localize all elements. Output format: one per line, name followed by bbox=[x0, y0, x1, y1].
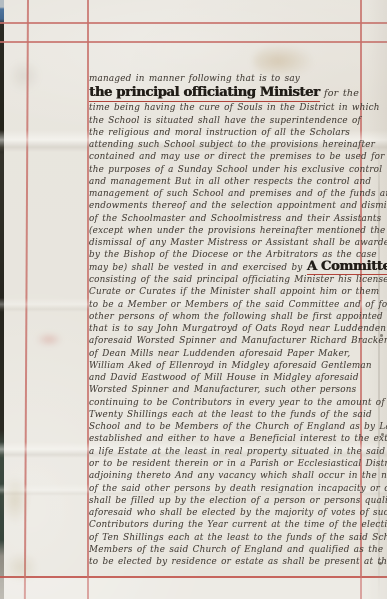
horizontal-rule-top-2 bbox=[0, 41, 387, 43]
manuscript-line: may be) shall be vested in and exercised… bbox=[89, 259, 369, 271]
horizontal-rule-top-1 bbox=[0, 22, 387, 24]
manuscript-line: of the said other persons by death resig… bbox=[89, 480, 369, 492]
manuscript-line: continuing to be Contributors in every y… bbox=[89, 394, 369, 406]
manuscript-line: consisting of the said principal officia… bbox=[89, 271, 369, 283]
paper-stain bbox=[8, 60, 40, 92]
vertical-margin-rule-left-outer bbox=[24, 0, 29, 599]
manuscript-line: Curate or Curates if the Minister shall … bbox=[89, 283, 369, 295]
manuscript-line: William Aked of Ellenroyd in Midgley afo… bbox=[89, 357, 369, 369]
manuscript-text-block: managed in manner following that is to s… bbox=[89, 70, 369, 565]
manuscript-line: Members of the said Church of England an… bbox=[89, 541, 369, 553]
manuscript-line: and David Eastwood of Mill House in Midg… bbox=[89, 369, 369, 381]
handwritten-text: for the bbox=[320, 88, 360, 99]
manuscript-line: the purposes of a Sunday School under hi… bbox=[89, 161, 369, 173]
manuscript-line: Twenty Shillings each at the least to th… bbox=[89, 406, 369, 418]
manuscript-line: the School is situated shall have the su… bbox=[89, 112, 369, 124]
photo-edge-strip bbox=[0, 0, 4, 599]
manuscript-line: to be elected by residence or estate as … bbox=[89, 553, 369, 565]
manuscript-line: Worsted Spinner and Manufacturer, such o… bbox=[89, 381, 369, 393]
manuscript-line: aforesaid Worsted Spinner and Manufactur… bbox=[89, 332, 369, 344]
manuscript-line: managed in manner following that is to s… bbox=[89, 70, 369, 82]
manuscript-line: aforesaid who shall be elected by the ma… bbox=[89, 504, 369, 516]
manuscript-line: Contributors during the Year current at … bbox=[89, 516, 369, 528]
manuscript-line: of Dean Mills near Luddenden aforesaid P… bbox=[89, 345, 369, 357]
handwritten-text: to be elected by residence or estate as … bbox=[89, 557, 387, 567]
manuscript-line: established and either to have a Benefic… bbox=[89, 430, 369, 442]
manuscript-line: a life Estate at the least in real prope… bbox=[89, 443, 369, 455]
manuscript-line: of the Schoolmaster and Schoolmistress a… bbox=[89, 210, 369, 222]
manuscript-line: and management But in all other respects… bbox=[89, 173, 369, 185]
manuscript-line: that is to say John Murgatroyd of Oats R… bbox=[89, 320, 369, 332]
manuscript-line: endowments thereof and the selection app… bbox=[89, 197, 369, 209]
manuscript-line: the principal officiating Minister for t… bbox=[89, 82, 369, 99]
manuscript-line: of Ten Shillings each at the least to th… bbox=[89, 529, 369, 541]
manuscript-line: adjoining thereto And any vacancy which … bbox=[89, 467, 369, 479]
manuscript-line: attending such School subject to the pro… bbox=[89, 136, 369, 148]
manuscript-page: managed in manner following that is to s… bbox=[0, 0, 387, 599]
manuscript-line: contained and may use or direct the prem… bbox=[89, 148, 369, 160]
manuscript-line: or to be resident therein or in a Parish… bbox=[89, 455, 369, 467]
manuscript-line: management of such School and premises a… bbox=[89, 185, 369, 197]
manuscript-line: School and to be Members of the Church o… bbox=[89, 418, 369, 430]
manuscript-line: time being having the cure of Souls in t… bbox=[89, 99, 369, 111]
bottom-margin-area bbox=[0, 578, 387, 599]
manuscript-line: dismissal of any Master Mistress or Assi… bbox=[89, 234, 369, 246]
red-ink-offset-smudge bbox=[36, 333, 62, 346]
manuscript-line: the religious and moral instruction of a… bbox=[89, 124, 369, 136]
manuscript-line: shall be filled up by the election of a … bbox=[89, 492, 369, 504]
manuscript-line: other persons of whom the following shal… bbox=[89, 308, 369, 320]
manuscript-line: to be a Member or Members of the said Co… bbox=[89, 296, 369, 308]
manuscript-line: by the Bishop of the Diocese or the Arbi… bbox=[89, 246, 369, 258]
manuscript-line: (except when under the provisions herein… bbox=[89, 222, 369, 234]
